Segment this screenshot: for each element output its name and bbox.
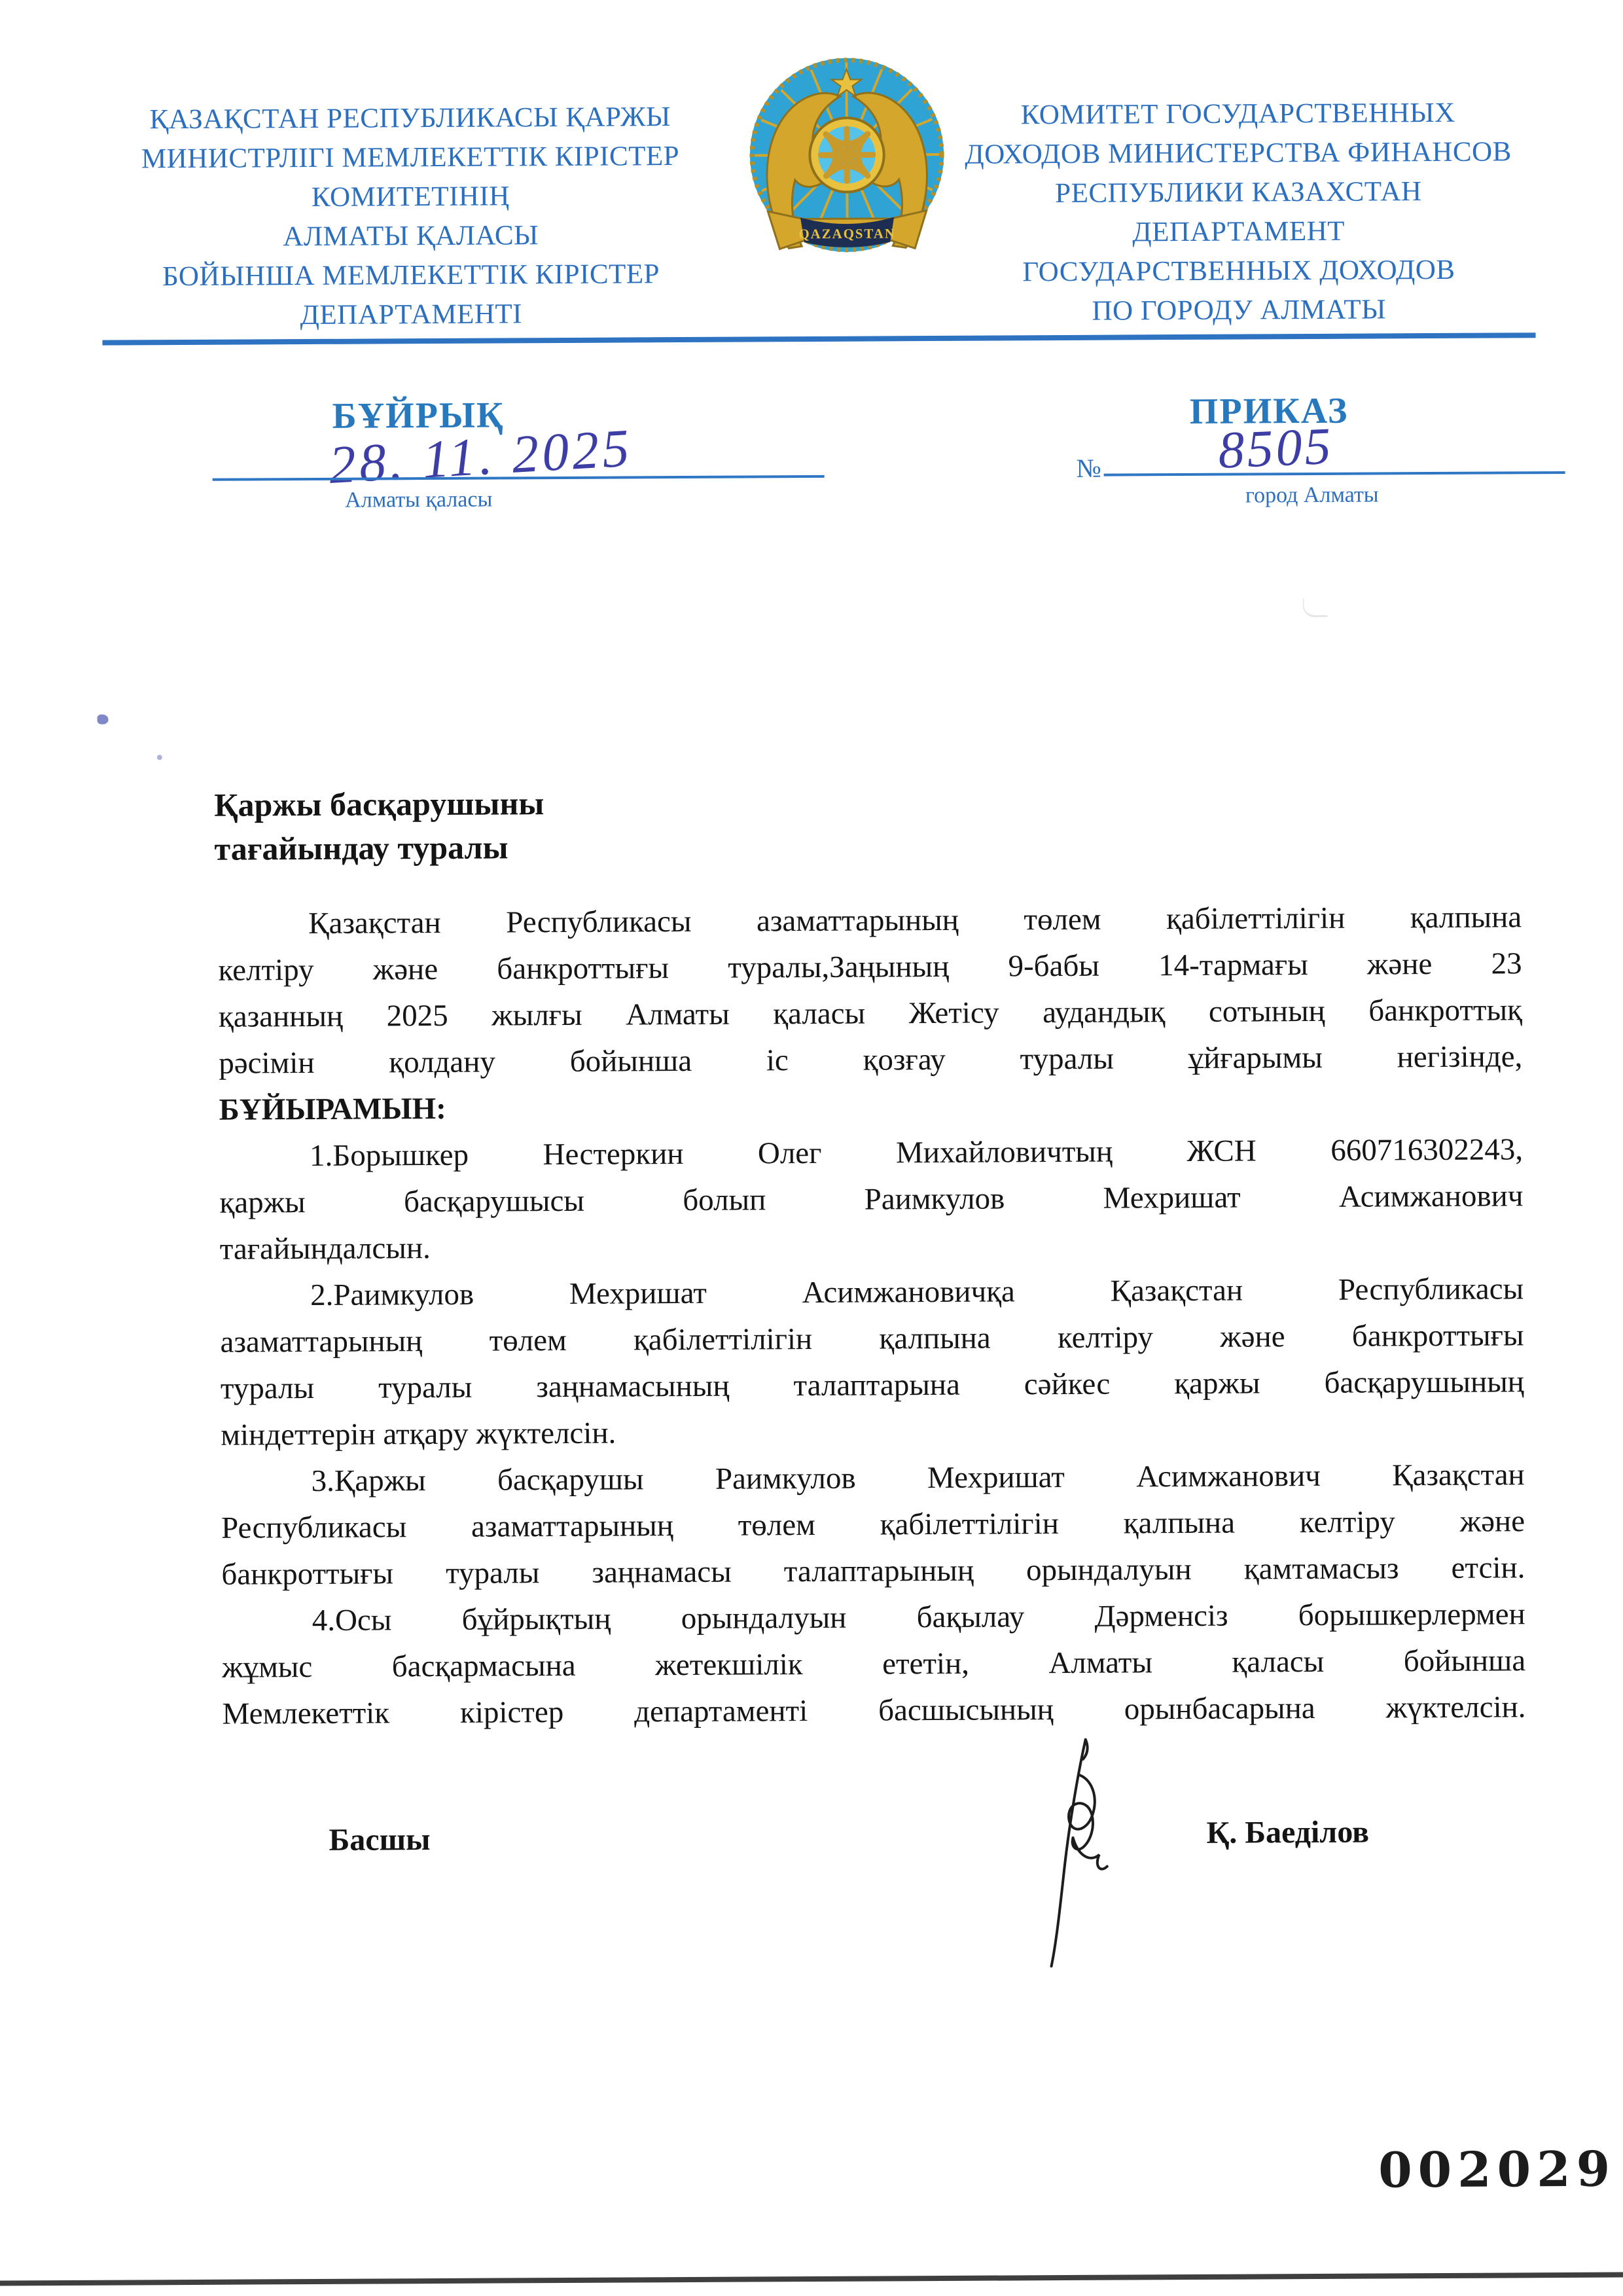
org-name-kazakh: ҚАЗАҚСТАН РЕСПУБЛИКАСЫ ҚАРЖЫ МИНИСТРЛІГІ…	[122, 98, 700, 336]
ink-speck	[98, 715, 109, 725]
org-ru-line: ДЕПАРТАМЕНТ	[948, 211, 1530, 253]
signer-name: Қ. Баеділов	[1206, 1814, 1369, 1851]
signer-role-label: Басшы	[329, 1821, 430, 1858]
body-line: қазанның 2025 жылғы Алматы қаласы Жетісу…	[219, 987, 1522, 1040]
org-kk-line: КОМИТЕТІНІҢ	[122, 176, 698, 219]
org-kk-line: ДЕПАРТАМЕНТІ	[123, 294, 699, 336]
body-line: міндеттерін атқару жүктелсін.	[221, 1405, 1524, 1458]
emblem-banner-text: QAZAQSTAN	[798, 226, 896, 242]
scan-tilt-wrapper: ҚАЗАҚСТАН РЕСПУБЛИКАСЫ ҚАРЖЫ МИНИСТРЛІГІ…	[0, 0, 1623, 2296]
scanned-order-document: ҚАЗАҚСТАН РЕСПУБЛИКАСЫ ҚАРЖЫ МИНИСТРЛІГІ…	[0, 0, 1623, 2296]
document-title-line: Қаржы басқарушыны	[214, 781, 544, 827]
shanyrak-icon	[821, 129, 873, 181]
document-title: Қаржы басқарушыны тағайындау туралы	[214, 781, 544, 871]
body-line: 1.Борышкер Нестеркин Олег Михайловичтың …	[219, 1126, 1523, 1179]
body-line: тағайындалсын.	[220, 1219, 1524, 1272]
org-kk-line: АЛМАТЫ ҚАЛАСЫ	[123, 215, 699, 258]
body-line: Мемлекеттік кірістер департаменті басшыс…	[222, 1684, 1525, 1737]
org-ru-line: КОМИТЕТ ГОСУДАРСТВЕННЫХ	[947, 93, 1529, 135]
resolution-word: БҰЙЫРАМЫН:	[219, 1080, 1522, 1133]
body-line: Республикасы азаматтарының төлем қабілет…	[221, 1498, 1525, 1551]
org-ru-line: ДОХОДОВ МИНИСТЕРСТВА ФИНАНСОВ	[947, 132, 1529, 175]
handwritten-signature	[1003, 1734, 1129, 1977]
body-line: келтіру және банкроттығы туралы,Заңының …	[218, 941, 1522, 994]
org-ru-line: ПО ГОРОДУ АЛМАТЫ	[948, 289, 1530, 332]
body-line: 3.Қаржы басқарушы Раимкулов Мехришат Аси…	[221, 1452, 1524, 1505]
ink-speck	[157, 755, 162, 760]
scan-artifact	[1303, 598, 1328, 617]
body-line: жұмыс басқармасына жетекшілік ететін, Ал…	[222, 1638, 1525, 1691]
place-label-kk: Алматы қаласы	[288, 487, 550, 513]
body-line: туралы туралы заңнамасының талаптарына с…	[221, 1359, 1524, 1412]
body-line: 4.Осы бұйрықтың орындалуын бақылау Дәрме…	[222, 1591, 1525, 1644]
place-label-ru: город Алматы	[1181, 482, 1443, 509]
org-kk-line: БОЙЫНША МЕМЛЕКЕТТІК КІРІСТЕР	[123, 255, 699, 297]
document-title-line: тағайындау туралы	[214, 825, 544, 871]
body-line: азаматтарының төлем қабілеттілігін қалпы…	[220, 1312, 1524, 1365]
org-name-russian: КОМИТЕТ ГОСУДАРСТВЕННЫХ ДОХОДОВ МИНИСТЕР…	[947, 93, 1531, 332]
org-ru-line: ГОСУДАРСТВЕННЫХ ДОХОДОВ	[948, 250, 1530, 293]
org-kk-line: МИНИСТРЛІГІ МЕМЛЕКЕТТІК КІРІСТЕР	[122, 137, 698, 179]
body-line: рәсімін қолдану бойынша іс қозғау туралы…	[219, 1033, 1522, 1086]
body-line: банкроттығы туралы заңнамасы талаптарыны…	[221, 1545, 1525, 1598]
order-body-text: Қазақстан Республикасы азаматтарының төл…	[218, 894, 1526, 1737]
org-ru-line: РЕСПУБЛИКИ КАЗАХСТАН	[947, 171, 1529, 214]
kazakhstan-coat-of-arms-icon: QAZAQSTAN	[742, 55, 952, 272]
org-kk-line: ҚАЗАҚСТАН РЕСПУБЛИКАСЫ ҚАРЖЫ	[122, 98, 698, 140]
form-stamp-number: 002029	[1378, 2142, 1616, 2199]
body-line: 2.Раимкулов Мехришат Асимжановичқа Қазақ…	[220, 1266, 1524, 1319]
body-line: қаржы басқарушысы болып Раимкулов Мехриш…	[219, 1173, 1523, 1226]
number-sign-label: №	[1076, 453, 1101, 484]
body-line: Қазақстан Республикасы азаматтарының төл…	[218, 894, 1522, 947]
